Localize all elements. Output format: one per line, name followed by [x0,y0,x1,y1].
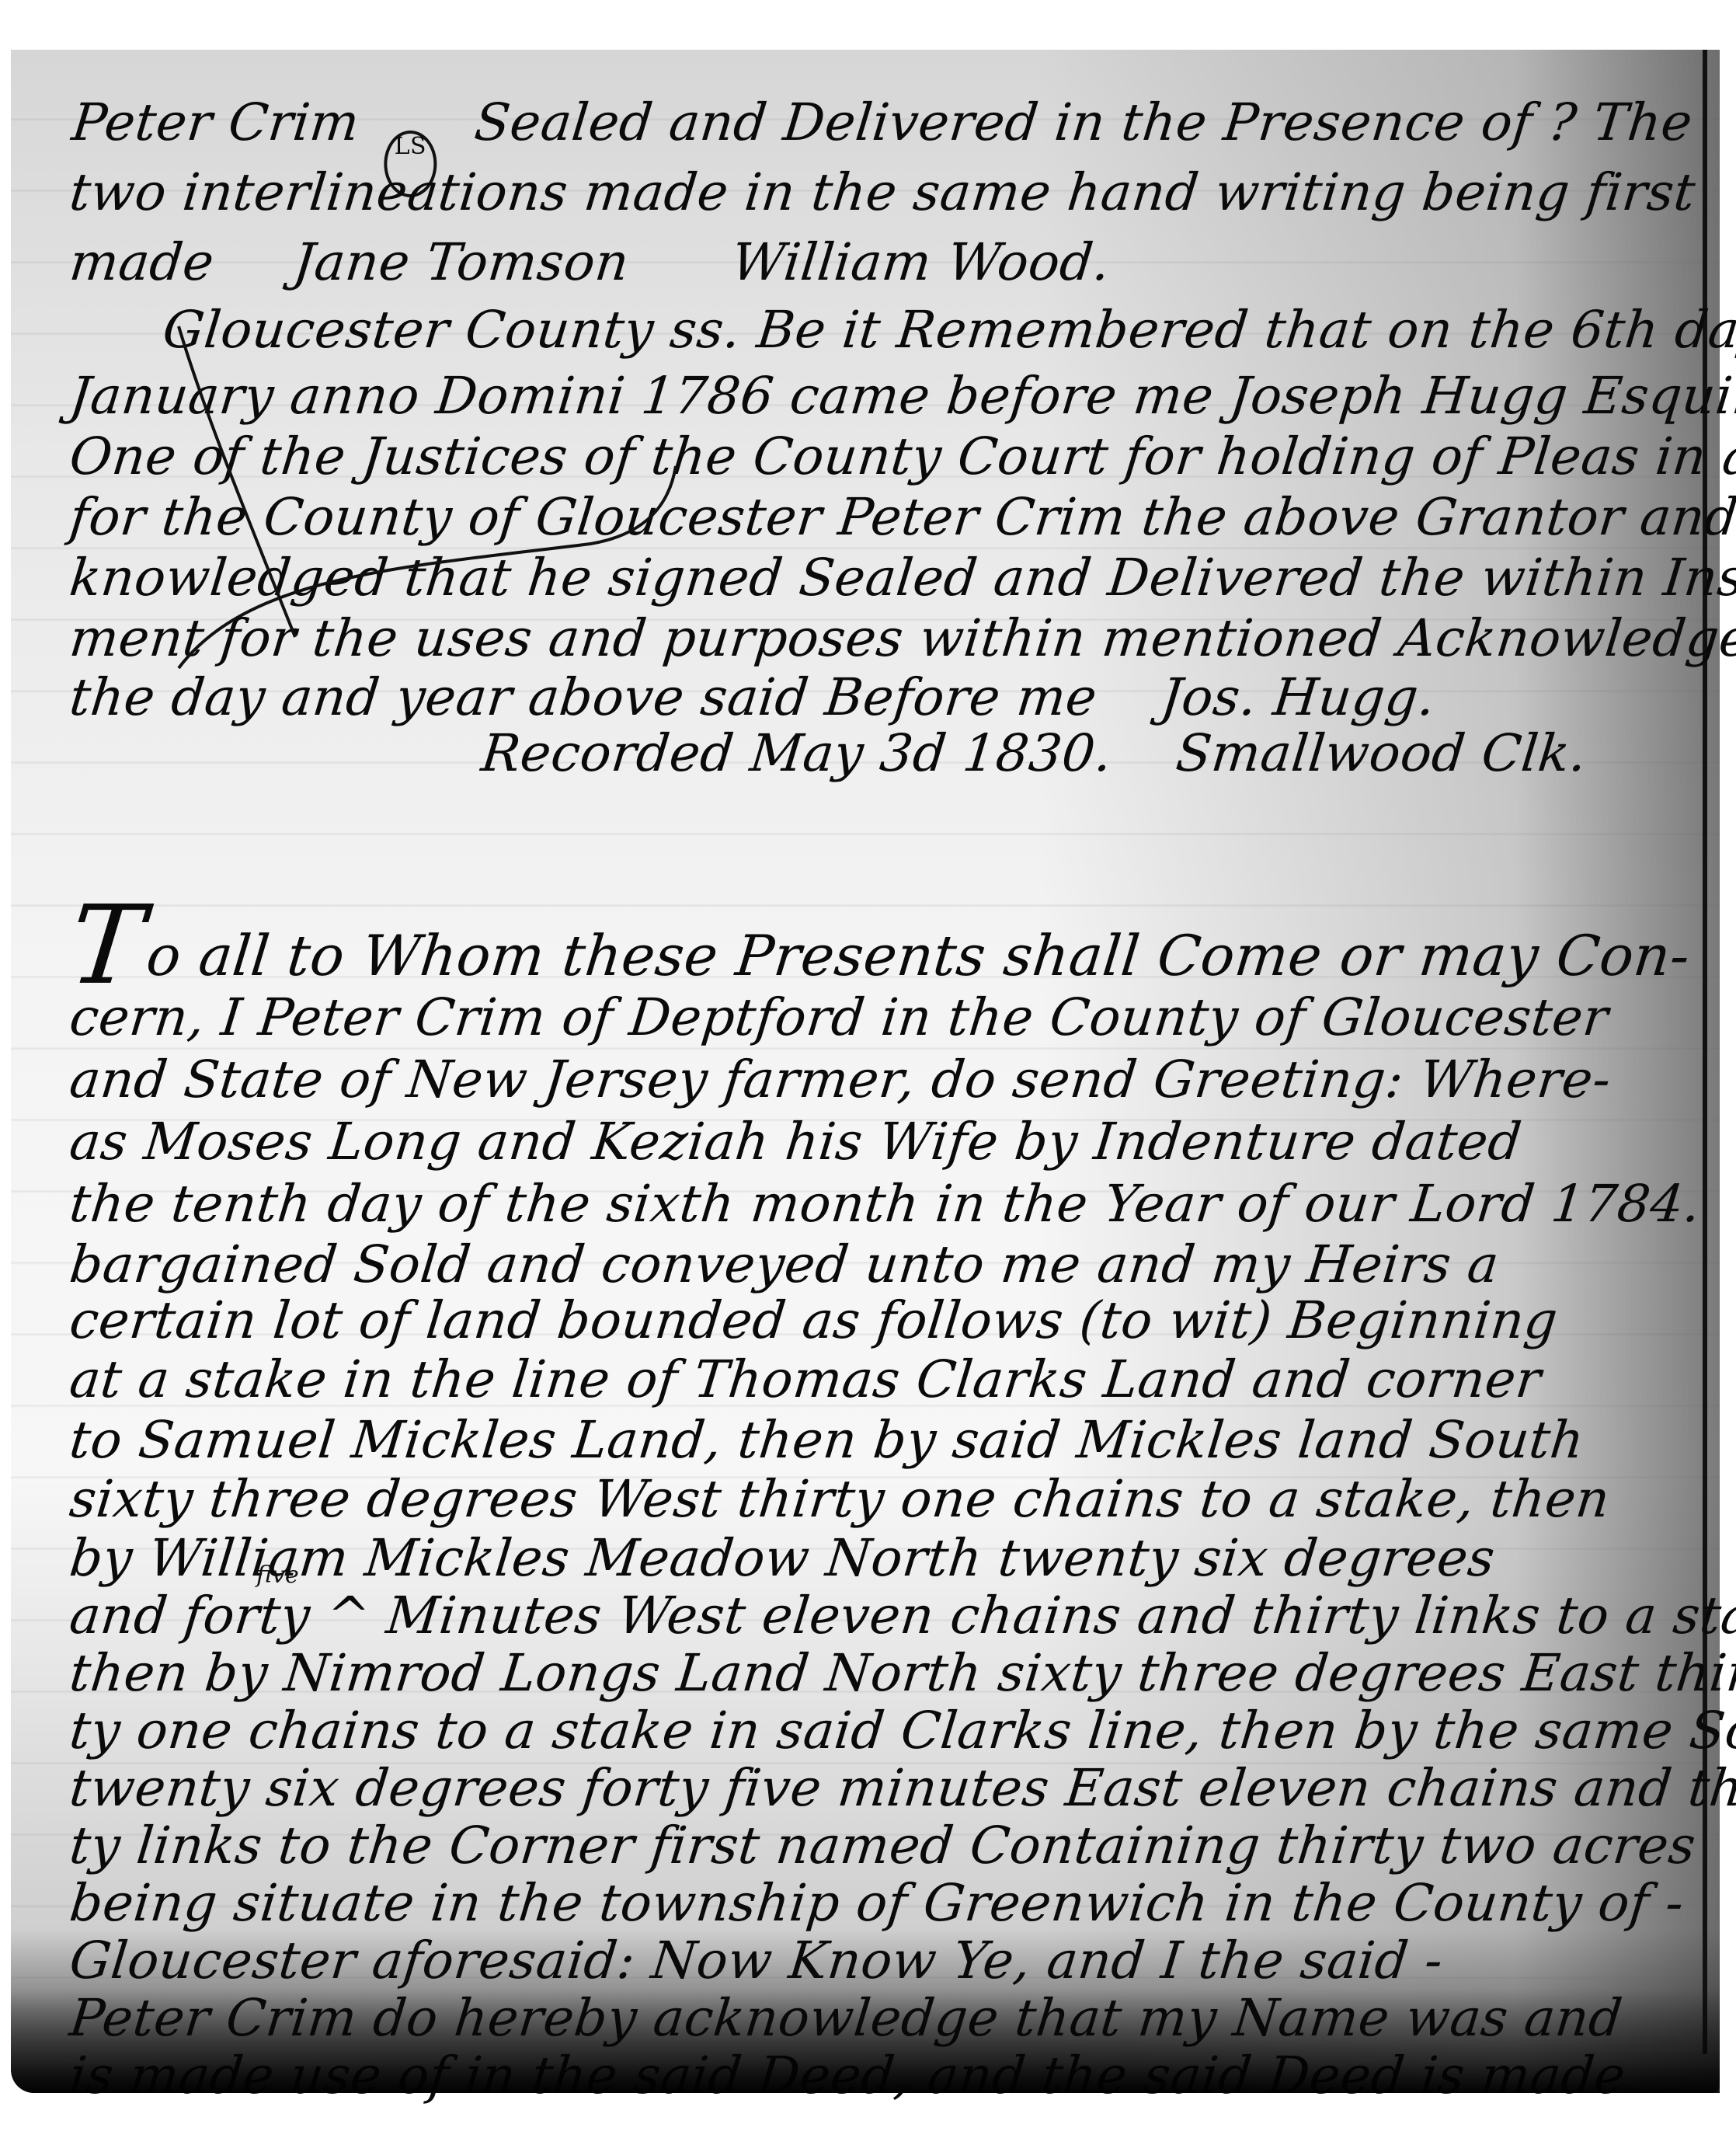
justice-signature: Jos. Hugg. [1158,667,1439,727]
ack-line-8: knowledged that he signed Sealed and Del… [67,547,1712,609]
deed-line-1: To all to Whom these Presents shall Come… [66,915,1713,987]
deed-line-19: Peter Crim do hereby acknowledge that my… [67,1987,1712,2049]
clerk-signature: Smallwood Clk. [1173,723,1589,783]
recorded-date: Recorded May 3d 1830. [478,723,1115,783]
deed-line-12: and forty ^ Minutes West eleven chains a… [67,1585,1712,1647]
deed-line-3: and State of New Jersey farmer, do send … [67,1049,1712,1111]
ack-line-5: January anno Domini 1786 came before me … [67,365,1712,427]
ack-text: Sealed and Delivered in the Presence of … [471,92,1695,152]
ack-line-4: Gloucester County ss. Be it Remembered t… [160,299,1736,361]
deed-line-18: Gloucester aforesaid: Now Know Ye, and I… [67,1930,1712,1992]
ack-line-10: the day and year above said Before me Jo… [67,667,1712,729]
deed-line-5: the tenth day of the sixth month in the … [67,1173,1712,1235]
deed-line-17: being situate in the township of Greenwi… [67,1872,1712,1934]
deed-line-11: by William Mickles Meadow North twenty s… [67,1527,1712,1590]
deed-line-7: certain lot of land bounded as follows (… [67,1290,1712,1352]
deed-line-9: to Samuel Mickles Land, then by said Mic… [67,1409,1712,1471]
ack-line-9: ment for the uses and purposes within me… [67,608,1712,670]
deed-line-10: sixty three degrees West thirty one chai… [67,1468,1712,1530]
grantor-signature: Peter Crim [69,92,362,152]
deed-line-14: ty one chains to a stake in said Clarks … [67,1700,1712,1762]
ack-line-3: made Jane Tomson William Wood. [67,232,1712,294]
ack-line-2: two interlineations made in the same han… [67,162,1712,224]
deed-line-20: is made use of in the said Deed, and the… [67,2045,1712,2107]
deed-line-6: bargained Sold and conveyed unto me and … [67,1234,1712,1296]
witness-label: made [67,232,217,292]
deed-line-13: then by Nimrod Longs Land North sixty th… [67,1642,1712,1705]
ack-text: the day and year above said Before me [67,667,1100,727]
deed-line-15: twenty six degrees forty five minutes Ea… [67,1757,1712,1819]
recorded-line: Recorded May 3d 1830. Smallwood Clk. [478,723,1736,785]
deed-line-2: cern, I Peter Crim of Deptford in the Co… [67,987,1712,1049]
deed-line-8: at a stake in the line of Thomas Clarks … [67,1349,1712,1411]
witness-2-signature: William Wood. [729,232,1113,292]
ack-line-7: for the County of Gloucester Peter Crim … [67,486,1712,548]
ack-line-6: One of the Justices of the County Court … [67,426,1712,488]
witness-1-signature: Jane Tomson [290,232,631,292]
deed-line-4: as Moses Long and Keziah his Wife by Ind… [67,1111,1712,1173]
deed-line-16: ty links to the Corner first named Conta… [67,1815,1712,1877]
